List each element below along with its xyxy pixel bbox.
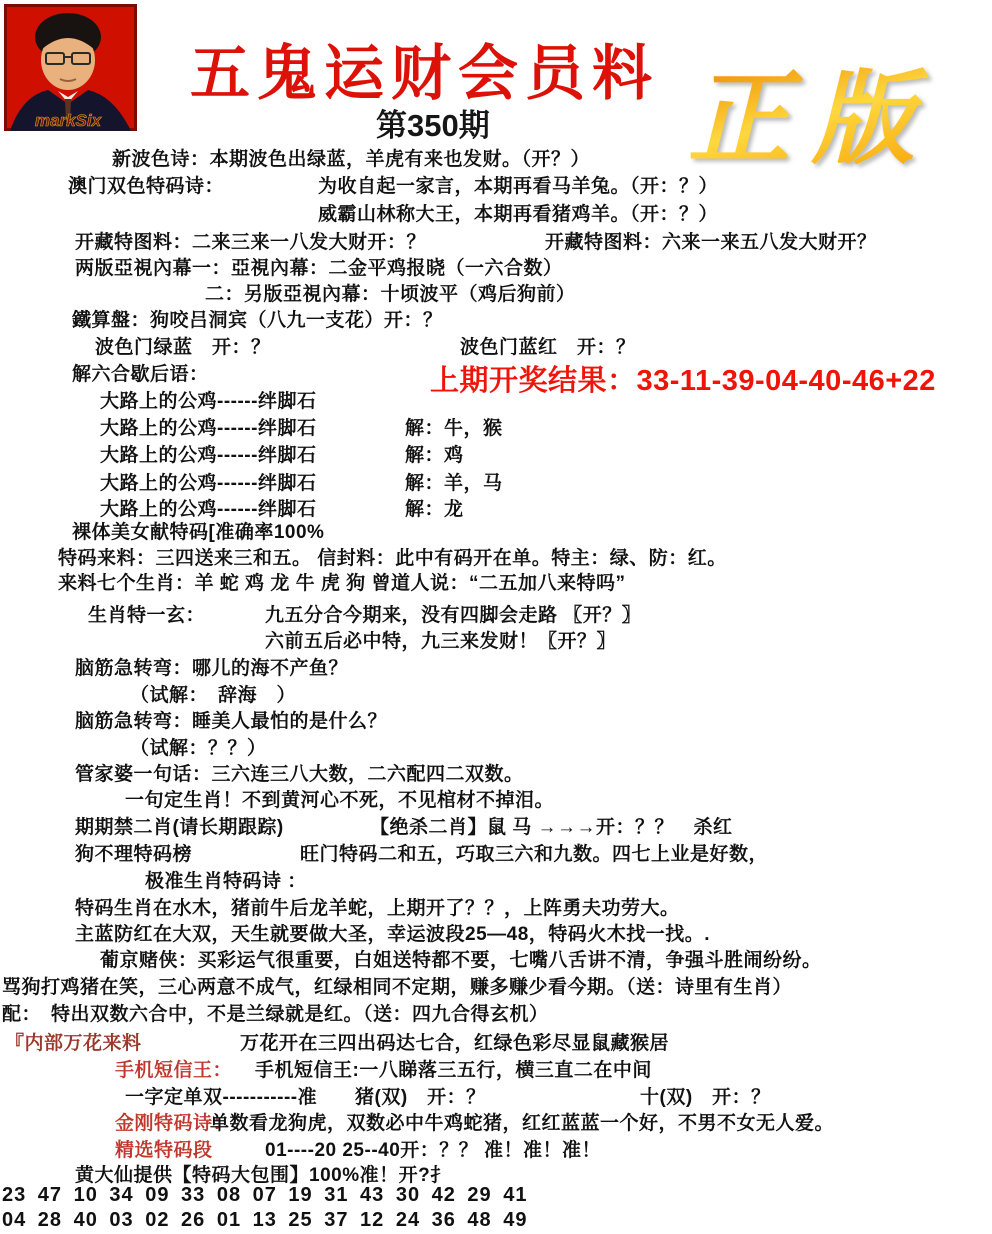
text-segment: 解：龙 <box>405 494 464 521</box>
text-segment: （试解： 辞海 ） <box>130 680 296 707</box>
numbers-row: 23 47 10 34 09 33 08 07 19 31 43 30 42 2… <box>2 1184 527 1207</box>
text-segment: 特码生肖在水木，猪前牛后龙羊蛇，上期开了？？，上阵勇夫功劳大。 <box>75 893 680 920</box>
text-segment: 生肖特一玄： <box>88 600 205 627</box>
text-segment: 脑筋急转弯：哪儿的海不产鱼？ <box>75 653 348 680</box>
text-segment: 解：羊，马 <box>405 468 503 495</box>
text-segment: 手机短信王:一八睇落三五行，横三直二在中间 <box>255 1055 652 1082</box>
page: markSix 五鬼运财会员料 第350期 正版 上期开奖结果：33-11-39… <box>0 0 992 1234</box>
text-segment: 六前五后必中特，九三来发财！〖开？〗 <box>265 626 616 653</box>
text-segment: 葡京赌侠：买彩运气很重要，白姐送特都不要，七嘴八舌讲不清，争强斗胜闹纷纷。 <box>100 945 822 972</box>
text-segment: 一句定生肖！不到黄河心不死，不见棺材不掉泪。 <box>125 785 554 812</box>
text-segment: 狗不理特码榜 <box>75 839 192 866</box>
text-segment: 新波色诗：本期波色出绿蓝，羊虎有来也发财。（开？） <box>112 144 590 171</box>
text-segment: 骂狗打鸡猪在笑，三心两意不成气，红绿相同不定期，赚多赚少看今期。（送：诗里有生肖… <box>2 972 792 999</box>
text-segment: 二：另版亞視內幕：十顷波平（鸡后狗前） <box>205 279 576 306</box>
text-segment: 解：鸡 <box>405 440 464 467</box>
text-segment: 一字定单双-----------准 <box>125 1082 317 1109</box>
text-segment: 单数看龙狗虎，双数必中牛鸡蛇猪，红红蓝蓝一个好，不男不女无人爱。 <box>210 1108 834 1135</box>
text-segment: 脑筋急转弯：睡美人最怕的是什么？ <box>75 706 387 733</box>
text-segment: 猪(双) 开：？ <box>355 1082 486 1109</box>
numbers-row: 04 28 40 03 02 26 01 13 25 37 12 24 36 4… <box>2 1209 527 1232</box>
text-segment: 解：牛，猴 <box>405 413 503 440</box>
text-segment: 黄大仙提供【特码大包围】100%准！开?扌 <box>75 1160 450 1187</box>
text-segment: 大路上的公鸡------绊脚石 <box>100 440 316 467</box>
text-segment: 威霸山林称大王，本期再看猪鸡羊。（开：？） <box>318 199 718 226</box>
text-segment: （试解：？？） <box>130 733 267 760</box>
text-segment: 配： 特出双数六合中，不是兰绿就是红。（送：四九合得玄机） <box>2 999 549 1026</box>
text-segment: 旺门特码二和五，巧取三六和九数。四七上业是好数， <box>300 839 768 866</box>
text-segment: 澳门双色特码诗： <box>68 171 224 198</box>
text-segment: 波色门绿蓝 开：？ <box>95 332 271 359</box>
text-segment: 主蓝防红在大双，天生就要做大圣，幸运波段25—48，特码火木找一找。. <box>75 919 710 946</box>
text-segment: 九五分合今期来，没有四脚会走路 〖开？〗 <box>265 600 641 627</box>
text-segment: 极准生肖特码诗 ： <box>145 866 307 893</box>
text-segment: 管家婆一句话：三六连三八大数，二六配四二双数。 <box>75 759 524 786</box>
text-segment: 大路上的公鸡------绊脚石 <box>100 413 316 440</box>
text-segment: 鐵算盤：狗咬吕洞宾（八九一支花）开：？ <box>72 305 443 332</box>
text-segment: 十(双) 开：？ <box>640 1082 771 1109</box>
text-segment: 两版亞視內幕一：亞視內幕：二金平鸡报晓（一六合数） <box>75 253 563 280</box>
content-text: 新波色诗：本期波色出绿蓝，羊虎有来也发财。（开？）澳门双色特码诗：为收自起一家言… <box>0 0 992 1234</box>
text-segment: 万花开在三四出码达七合，红绿色彩尽显鼠藏猴居 <box>240 1028 669 1055</box>
text-segment: 大路上的公鸡------绊脚石 <box>100 386 316 413</box>
text-segment: 手机短信王： <box>115 1055 232 1082</box>
text-segment: 期期禁二肖(请长期跟踪) <box>75 812 284 839</box>
text-segment: 来料七个生肖：羊 蛇 鸡 龙 牛 虎 狗 曾道人说：“二五加八来特吗” <box>58 568 625 595</box>
text-segment: 为收自起一家言，本期再看马羊兔。（开：？） <box>318 171 718 198</box>
text-segment: 解六合歇后语： <box>72 359 209 386</box>
text-segment: 大路上的公鸡------绊脚石 <box>100 468 316 495</box>
text-segment: 『内部万花来料 <box>5 1028 142 1055</box>
text-segment: 裸体美女献特码[准确率100% <box>72 517 324 544</box>
text-segment: 开藏特图料：六来一来五八发大财开？ <box>545 227 877 254</box>
text-segment: 开藏特图料：二来三来一八发大财开：？ <box>75 227 426 254</box>
text-segment: 特码来料：三四送来三和五。 信封料：此中有码开在单。特主：绿、防：红。 <box>58 543 727 570</box>
text-segment: 精选特码段 <box>115 1135 213 1162</box>
text-segment: 波色门蓝红 开：？ <box>460 332 636 359</box>
text-segment: 01----20 25--40开：？？ 准！准！准！ <box>265 1135 601 1162</box>
text-segment: 【绝杀二肖】鼠 马 →→→开：？？ 杀红 <box>370 812 733 839</box>
